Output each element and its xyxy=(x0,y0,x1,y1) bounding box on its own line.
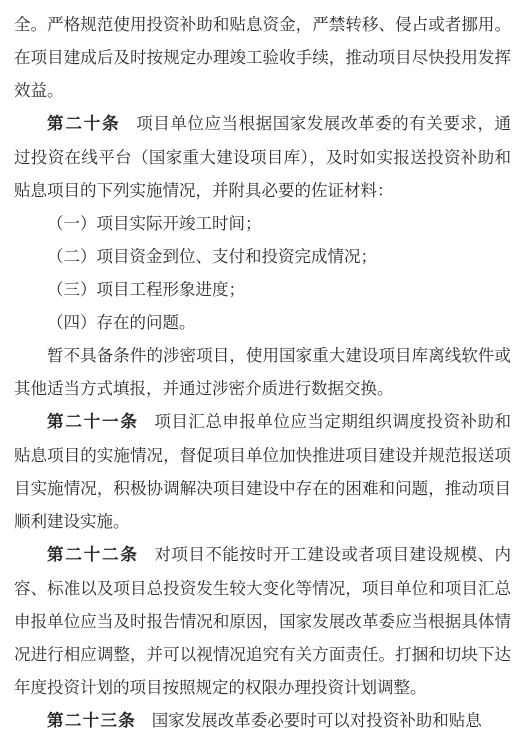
list-item-3: （三）项目工程形象进度； xyxy=(14,273,511,306)
article-22-text: 对项目不能按时开工建设或者项目建设规模、内容、标准以及项目总投资发生较大变化等情… xyxy=(14,545,511,697)
paragraph-article-20: 第二十条项目单位应当根据国家发展改革委的有关要求，通过投资在线平台（国家重大建设… xyxy=(14,107,511,207)
article-23-text: 国家发展改革委必要时可以对投资补助和贴息 xyxy=(152,711,482,730)
article-number-21: 第二十一条 xyxy=(47,413,139,431)
list-item-2: （二）项目资金到位、支付和投资完成情况； xyxy=(14,240,511,273)
list-item-4: （四）存在的问题。 xyxy=(14,306,511,339)
article-number-23: 第二十三条 xyxy=(47,712,136,730)
paragraph-article-22: 第二十二条对项目不能按时开工建设或者项目建设规模、内容、标准以及项目总投资发生较… xyxy=(14,538,511,704)
paragraph-classified-projects: 暂不具备条件的涉密项目，使用国家重大建设项目库离线软件或其他适当方式填报，并通过… xyxy=(14,339,511,405)
paragraph-article-23: 第二十三条国家发展改革委必要时可以对投资补助和贴息 xyxy=(14,704,511,738)
paragraph-article-21: 第二十一条项目汇总申报单位应当定期组织调度投资补助和贴息项目的实施情况，督促项目… xyxy=(14,405,511,538)
article-number-22: 第二十二条 xyxy=(47,546,139,564)
list-item-1: （一）项目实际开竣工时间； xyxy=(14,207,511,240)
document-page: 全。严格规范使用投资补助和贴息资金，严禁转移、侵占或者挪用。在项目建成后及时按规… xyxy=(0,0,525,748)
paragraph-continuation: 全。严格规范使用投资补助和贴息资金，严禁转移、侵占或者挪用。在项目建成后及时按规… xyxy=(14,8,511,107)
article-number-20: 第二十条 xyxy=(47,115,121,133)
document-body: 全。严格规范使用投资补助和贴息资金，严禁转移、侵占或者挪用。在项目建成后及时按规… xyxy=(14,8,511,738)
